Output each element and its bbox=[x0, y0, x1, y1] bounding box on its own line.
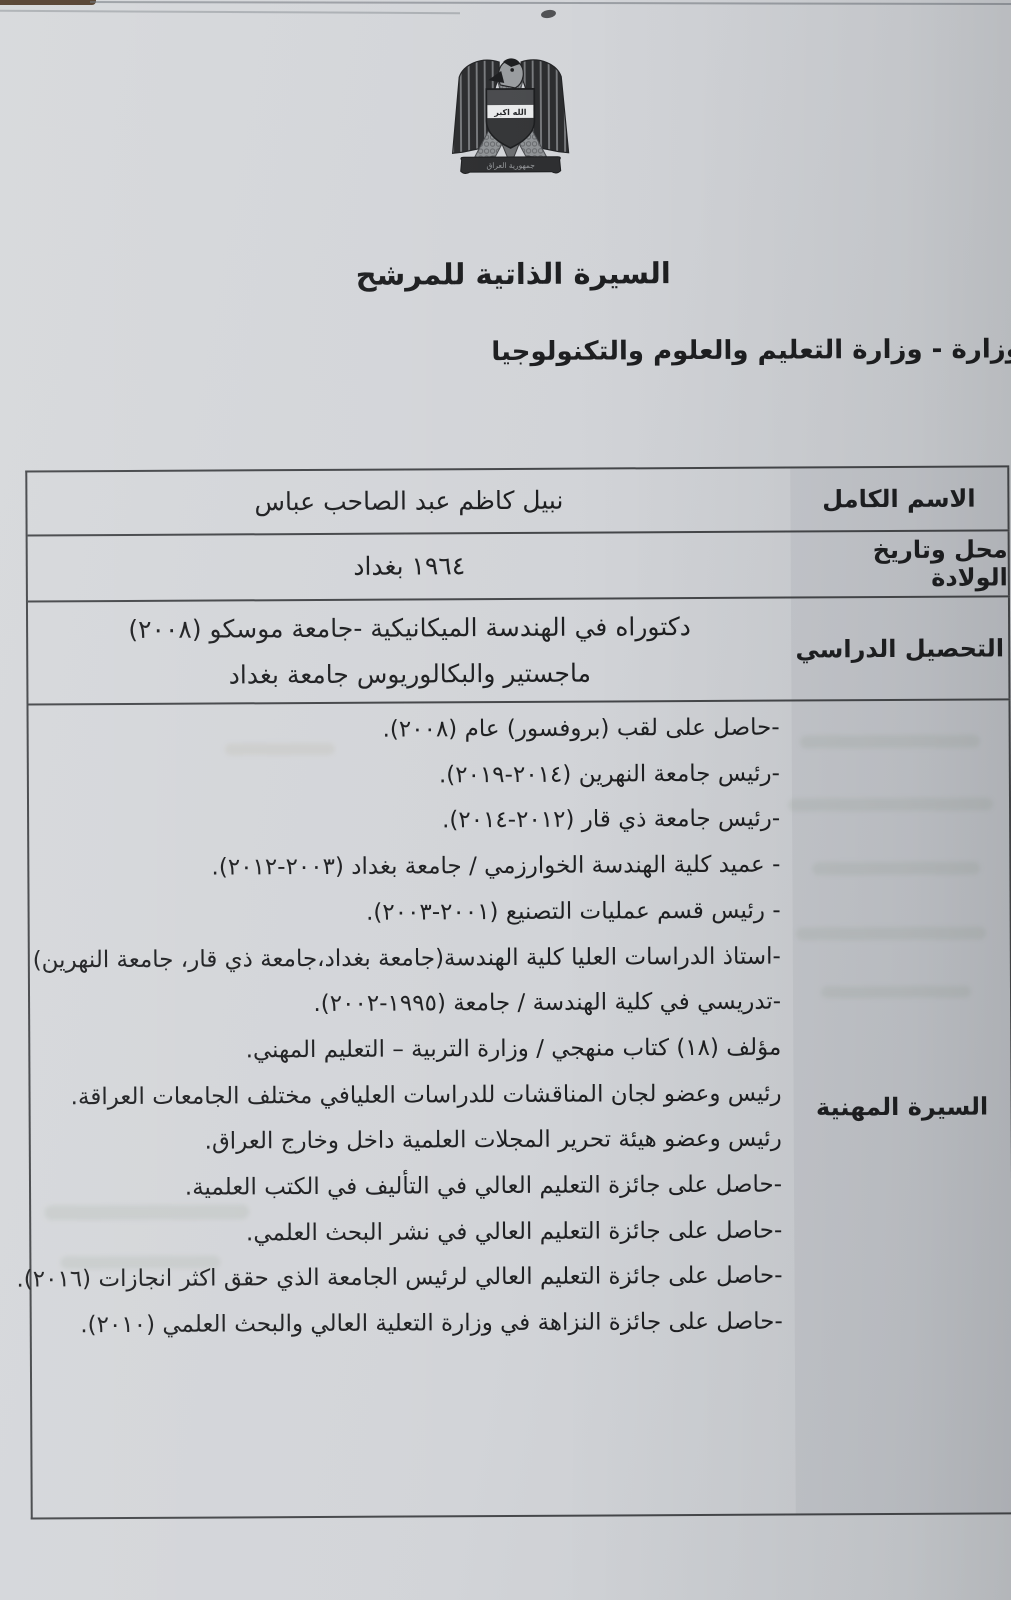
ministry-line: الوزارة - وزارة التعليم والعلوم والتكنول… bbox=[491, 334, 1011, 367]
page-title: السيرة الذاتية للمرشح bbox=[356, 256, 671, 292]
career-line: مؤلف (١٨) كتاب منهجي / وزارة التربية – ا… bbox=[15, 1025, 781, 1075]
education-line: دكتوراه في الهندسة الميكانيكية -جامعة مو… bbox=[128, 604, 691, 653]
career-line: - عميد كلية الهندسة الخوارزمي / جامعة بغ… bbox=[14, 843, 780, 893]
row-value-birth: ١٩٦٤ بغداد bbox=[28, 533, 791, 601]
career-line: -حاصل على لقب (بروفسور) عام (٢٠٠٨). bbox=[13, 706, 779, 756]
emblem-banner-text: جمهورية العراق bbox=[486, 161, 535, 170]
table-row-career: السيرة المهنية -حاصل على لقب (بروفسور) ع… bbox=[28, 700, 1011, 1517]
career-line: -حاصل على جائزة النزاهة في وزارة التعلية… bbox=[17, 1300, 783, 1350]
emblem-shield-text: الله اكبر bbox=[493, 108, 527, 117]
iraq-emblem-icon: الله اكبر جمهورية العراق bbox=[447, 29, 574, 180]
row-value-education: دكتوراه في الهندسة الميكانيكية -جامعة مو… bbox=[28, 599, 792, 704]
ink-bleed-smudge bbox=[812, 862, 980, 876]
row-value-full-name: نبيل كاظم عبد الصاحب عباس bbox=[27, 469, 790, 535]
row-label-birth: محل وتاريخ الولادة bbox=[791, 531, 1010, 596]
career-line: -رئيس جامعة النهرين (٢٠١٤-٢٠١٩). bbox=[14, 751, 780, 801]
row-label-career: السيرة المهنية bbox=[791, 700, 1011, 1513]
ink-bleed-smudge bbox=[821, 986, 971, 999]
career-line: -تدريسي في كلية الهندسة / جامعة (١٩٩٥-٢٠… bbox=[15, 980, 781, 1030]
table-row-education: التحصيل الدراسي دكتوراه في الهندسة الميك… bbox=[28, 597, 1011, 705]
row-label-education: التحصيل الدراسي bbox=[791, 597, 1011, 699]
career-line: - رئيس قسم عمليات التصنيع (٢٠٠١-٢٠٠٣). bbox=[14, 888, 780, 938]
career-line: -استاذ الدراسات العليا كلية الهندسة(جامع… bbox=[15, 934, 781, 984]
scanned-cv-page: { "document": { "title": "السيرة الذاتية… bbox=[0, 0, 1011, 1600]
ink-bleed-smudge bbox=[225, 743, 335, 756]
education-line: ماجستير والبكالوريوس جامعة بغداد bbox=[229, 650, 591, 698]
career-line: رئيس وعضو هيئة تحرير المجلات العلمية داخ… bbox=[16, 1117, 782, 1167]
row-label-full-name: الاسم الكامل bbox=[790, 467, 1009, 530]
table-row-birth: محل وتاريخ الولادة ١٩٦٤ بغداد bbox=[28, 531, 1010, 602]
ink-bleed-smudge bbox=[788, 797, 993, 811]
career-line: رئيس وعضو لجان المناقشات للدراسات العليا… bbox=[15, 1071, 781, 1121]
scanned-document: الله اكبر جمهورية العراق السيرة الذاتية … bbox=[0, 0, 1011, 1600]
table-row-full-name: الاسم الكامل نبيل كاظم عبد الصاحب عباس bbox=[27, 467, 1009, 536]
ink-bleed-smudge bbox=[796, 926, 986, 940]
career-line: -رئيس جامعة ذي قار (٢٠١٢-٢٠١٤). bbox=[14, 797, 780, 847]
ink-bleed-smudge bbox=[800, 735, 980, 749]
row-value-career: -حاصل على لقب (بروفسور) عام (٢٠٠٨). -رئي… bbox=[5, 702, 795, 1518]
ink-bleed-smudge bbox=[44, 1204, 249, 1220]
ink-bleed-smudge bbox=[60, 1255, 220, 1269]
